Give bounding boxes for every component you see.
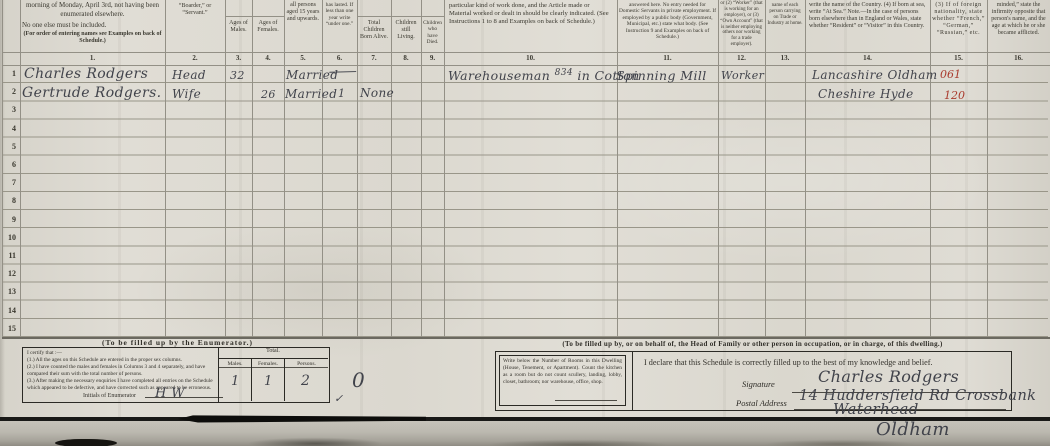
check-mark: ✓ <box>334 392 344 405</box>
zero-mark: 0 <box>352 368 365 392</box>
column-header-occupation: particular kind of work done, and the Ar… <box>444 0 617 52</box>
row-number: 5 <box>2 138 19 156</box>
column-number: 1. <box>20 52 165 65</box>
column-header-children-living: Children still Living. <box>391 0 421 52</box>
entry-occupation: Warehouseman 834 in Cotton <box>448 68 640 83</box>
row-number: 11 <box>2 247 19 265</box>
row-number: 14 <box>2 302 19 320</box>
column-number: 10. <box>444 52 617 65</box>
column-header-names: morning of Monday, April 3rd, not having… <box>20 0 165 52</box>
occupation-code: 834 <box>555 68 573 78</box>
entry-relation: Head <box>172 68 206 82</box>
totals-title: Total. <box>218 348 328 359</box>
totals-females-label: Females. <box>252 361 284 368</box>
entry-children-born: None <box>360 86 394 100</box>
signature-label: Signature <box>742 379 775 389</box>
column-header-children-died: Children who have Died. <box>421 0 444 52</box>
row-number: 4 <box>2 120 19 138</box>
column-header-children-born: Total Children Born Alive. <box>357 0 391 52</box>
certify-intro: I certify that :— <box>27 350 215 357</box>
column-header-age-males: Ages of Males. <box>225 0 252 52</box>
column-number: 9. <box>421 52 444 65</box>
header-intro-line: (For order of entering names see Example… <box>22 31 163 45</box>
grid-line <box>2 65 1050 66</box>
column-number: 7. <box>357 52 391 65</box>
column-number: 2. <box>165 52 225 65</box>
entry-years-married: 1 <box>338 87 345 100</box>
census-schedule-scan: morning of Monday, April 3rd, not having… <box>0 0 1050 446</box>
column-number: 5. <box>284 52 322 65</box>
column-header-employment-status: or (2) “Worker” (that is working for an … <box>718 0 765 52</box>
column-header-birthplace: write the name of the Country. (4) If bo… <box>805 0 930 52</box>
header-intro-line: morning of Monday, April 3rd, not having… <box>22 1 163 19</box>
entry-birthplace: Cheshire Hyde <box>818 87 914 101</box>
declaration-text: I declare that this Schedule is correctl… <box>644 358 1004 367</box>
entry-relation: Wife <box>172 87 201 101</box>
entry-name: Charles Rodgers <box>24 66 148 82</box>
household-divider <box>632 352 633 410</box>
column-number: 11. <box>617 52 718 65</box>
column-header-infirmity: minded,” state the infirmity opposite th… <box>987 0 1050 52</box>
entry-marital: Married <box>285 87 337 101</box>
column-header-age-females: Ages of Females. <box>252 0 284 52</box>
row-number: 1 <box>2 65 19 83</box>
entry-age: 32 <box>230 69 245 82</box>
row-number: 15 <box>2 320 19 338</box>
clerk-code: 120 <box>944 89 965 102</box>
enumerator-box: I certify that :— (1.) All the ages on t… <box>22 347 330 403</box>
rooms-line <box>555 400 617 401</box>
certify-item: (1.) All the ages on this Schedule are e… <box>27 357 215 364</box>
column-number: 16. <box>987 52 1050 65</box>
address-line3: Oldham <box>876 419 950 440</box>
entry-status: Worker <box>721 69 764 82</box>
row-number: 8 <box>2 192 19 210</box>
entry-birthplace: Lancashire Oldham <box>812 68 938 82</box>
column-number: 13. <box>765 52 805 65</box>
column-number: 15. <box>930 52 987 65</box>
column-header-marriage-years: has lasted. If less than one year write … <box>322 0 357 52</box>
entry-age: 26 <box>261 88 276 101</box>
certify-item: (2.) I have counted the males and female… <box>27 364 215 378</box>
column-number: 14. <box>805 52 930 65</box>
row-number: 10 <box>2 229 19 247</box>
address-label: Postal Address <box>736 398 787 408</box>
address-line2: Waterhead <box>833 400 919 418</box>
totals-persons-label: Persons. <box>285 361 328 368</box>
household-box: Write below the Number of Rooms in this … <box>495 351 1012 411</box>
enumerator-initials: H W <box>155 386 185 401</box>
entry-dash-mark: — <box>327 63 359 80</box>
initials-label: Initials of Enumerator <box>83 393 136 399</box>
ink-blob <box>55 439 117 446</box>
row-number-column: 1 2 3 4 5 6 7 8 9 10 11 12 13 14 15 <box>2 65 19 338</box>
totals-males-value: 1 <box>231 374 240 389</box>
column-header-industry: answered here. No entry needed for Domes… <box>617 0 718 52</box>
signature-value: Charles Rodgers <box>818 367 959 386</box>
row-number: 2 <box>2 83 19 101</box>
rooms-box: Write below the Number of Rooms in this … <box>499 355 626 406</box>
grid-row-lines <box>2 65 1048 338</box>
entry-industry: Spinning Mill <box>616 68 707 83</box>
column-number: 8. <box>391 52 421 65</box>
enumerator-box-heading: (To be filled up by the Enumerator.) <box>35 338 320 347</box>
column-header-at-home: name of each person carrying on Trade or… <box>765 0 805 52</box>
column-number: 12. <box>718 52 765 65</box>
row-number: 3 <box>2 101 19 119</box>
column-header-relation: “Boarder,” or “Servant.” <box>165 0 225 52</box>
rooms-text: Write below the Number of Rooms in this … <box>500 356 625 388</box>
certify-item: (3.) After making the necessary enquirie… <box>27 378 215 392</box>
column-header-nationality: (3) If of foreign nationality, state whe… <box>930 0 987 52</box>
totals-persons-value: 2 <box>301 373 310 389</box>
column-number: 4. <box>252 52 284 65</box>
totals-males-label: Males. <box>219 361 251 368</box>
clerk-code: 061 <box>940 68 961 81</box>
row-number: 13 <box>2 283 19 301</box>
entry-name: Gertrude Rodgers. <box>22 85 162 101</box>
row-number: 9 <box>2 211 19 229</box>
row-number: 12 <box>2 265 19 283</box>
column-header-marriage: all persons aged 15 years and upwards. <box>284 0 322 52</box>
certify-text: I certify that :— (1.) All the ages on t… <box>27 350 215 392</box>
totals-females-value: 1 <box>264 374 273 389</box>
household-box-heading: (To be filled up by, or on behalf of, th… <box>480 340 1025 348</box>
header-intro-line: No one else must be included. <box>22 21 163 30</box>
row-number: 6 <box>2 156 19 174</box>
row-number: 7 <box>2 174 19 192</box>
occupation-text: Warehouseman <box>448 68 550 83</box>
column-number: 3. <box>225 52 252 65</box>
